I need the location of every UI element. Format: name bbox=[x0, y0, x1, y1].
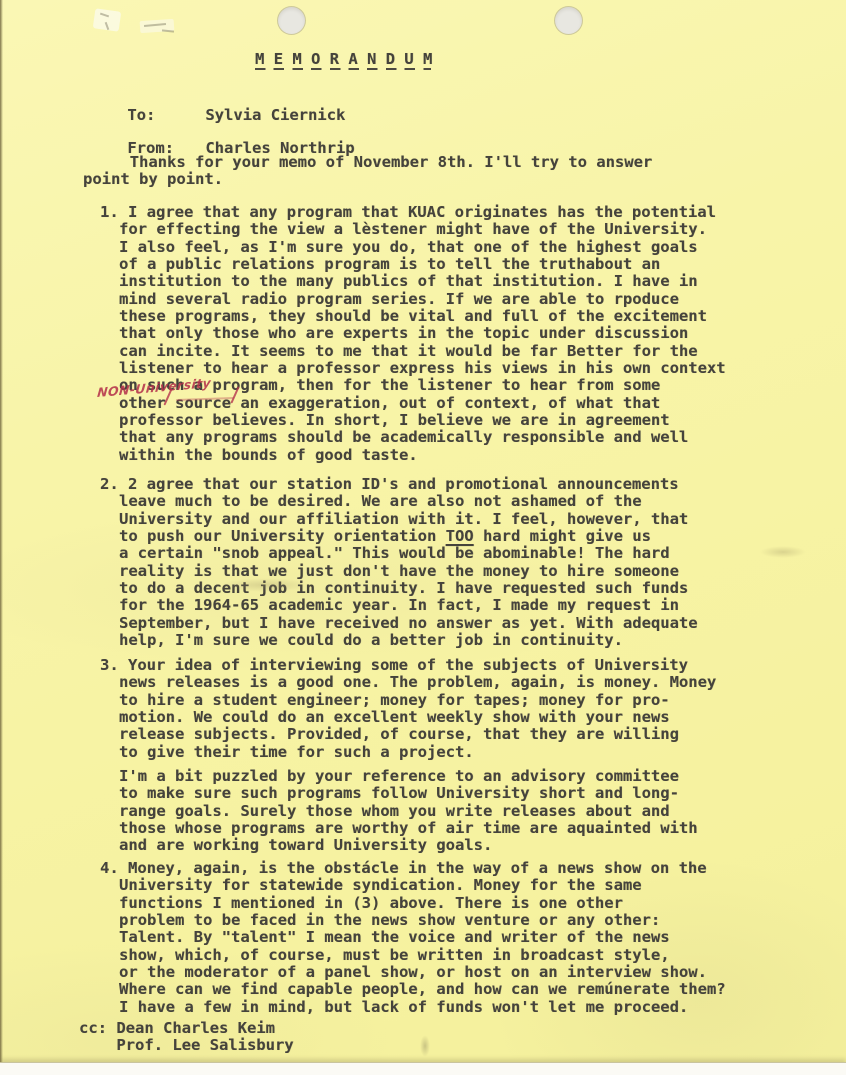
memo-line: release subjects. Provided, of course, t… bbox=[119, 726, 716, 743]
memo-line: cc: Dean Charles Keim bbox=[79, 1020, 294, 1037]
memo-line: reality is that we just don't have the m… bbox=[119, 563, 698, 580]
memo-line: these programs, they should be vital and… bbox=[119, 308, 726, 325]
memo-item-1: 1. I agree that any program that KUAC or… bbox=[119, 204, 726, 464]
memo-line: of a public relations program is to tell… bbox=[119, 256, 726, 273]
memo-title: M E M O R A N D U M bbox=[255, 50, 432, 70]
scanner-edge bbox=[0, 1062, 846, 1075]
memo-line: 1. I agree that any program that KUAC or… bbox=[100, 204, 726, 221]
memo-line: point by point. bbox=[83, 171, 652, 188]
line-segment: hard might give us bbox=[474, 527, 651, 545]
memo-line: University and our affiliation with it. … bbox=[119, 511, 698, 528]
memo-line: that only those who are experts in the t… bbox=[119, 325, 726, 342]
memo-line: Talent. By "talent" I mean the voice and… bbox=[119, 929, 726, 946]
memo-line: show, which, of course, must be written … bbox=[119, 947, 726, 964]
memo-page: M E M O R A N D U M To:Sylvia Ciernick F… bbox=[0, 0, 846, 1075]
memo-line: within the bounds of good taste. bbox=[119, 447, 726, 464]
memo-item-4: 4. Money, again, is the obstácle in the … bbox=[119, 860, 726, 1016]
memo-line: or the moderator of a panel show, or hos… bbox=[119, 964, 726, 981]
memo-line: to do a decent job in continuity. I have… bbox=[119, 580, 698, 597]
memo-line: leave much to be desired. We are also no… bbox=[119, 493, 698, 510]
paper-smudge bbox=[420, 1035, 430, 1057]
memo-line: those whose programs are worthy of air t… bbox=[119, 820, 698, 837]
paper-smudge bbox=[760, 546, 806, 558]
memo-line: I'm a bit puzzled by your reference to a… bbox=[119, 768, 698, 785]
memo-line: Where can we find capable people, and ho… bbox=[119, 981, 726, 998]
memo-line: to push our University orientation TOO h… bbox=[119, 528, 698, 545]
memo-line: 3. Your idea of interviewing some of the… bbox=[100, 657, 716, 674]
memo-line: help, I'm sure we could do a better job … bbox=[119, 632, 698, 649]
memo-line: to hire a student engineer; money for ta… bbox=[119, 692, 716, 709]
pencil-scribble bbox=[92, 8, 187, 40]
hole-punch-left bbox=[278, 7, 305, 34]
memo-line: Prof. Lee Salisbury bbox=[79, 1037, 294, 1054]
memo-item-3: 3. Your idea of interviewing some of the… bbox=[119, 657, 716, 761]
memo-line: problem to be faced in the news show ven… bbox=[119, 912, 726, 929]
memo-line: a certain "snob appeal." This would be a… bbox=[119, 545, 698, 562]
memo-line: that any programs should be academically… bbox=[119, 429, 726, 446]
memo-line: professor believes. In short, I believe … bbox=[119, 412, 726, 429]
cc-block: cc: Dean Charles Keim Prof. Lee Salisbur… bbox=[79, 1020, 294, 1055]
memo-line: functions I mentioned in (3) above. Ther… bbox=[119, 895, 726, 912]
memo-line: to give their time for such a project. bbox=[119, 744, 716, 761]
memo-item-3-continued: I'm a bit puzzled by your reference to a… bbox=[119, 768, 698, 855]
memo-line: for effecting the view a lèstener might … bbox=[119, 221, 726, 238]
memo-line: can incite. It seems to me that it would… bbox=[119, 343, 726, 360]
hole-punch-right bbox=[555, 7, 582, 34]
memo-line: I have a few in mind, but lack of funds … bbox=[119, 999, 726, 1016]
line-segment: to push our University orientation bbox=[119, 527, 446, 545]
memo-line: motion. We could do an excellent weekly … bbox=[119, 709, 716, 726]
memo-line: 2. 2 agree that our station ID's and pro… bbox=[100, 476, 698, 493]
memo-line: for the 1964-65 academic year. In fact, … bbox=[119, 597, 698, 614]
memo-line: I also feel, as I'm sure you do, that on… bbox=[119, 239, 726, 256]
memo-line: Thanks for your memo of November 8th. I'… bbox=[83, 154, 652, 171]
memo-line: September, but I have received no answer… bbox=[119, 615, 698, 632]
memo-line: news releases is a good one. The problem… bbox=[119, 674, 716, 691]
memo-line: mind several radio program series. If we… bbox=[119, 291, 726, 308]
memo-line: to make sure such programs follow Univer… bbox=[119, 785, 698, 802]
underlined-word: TOO bbox=[446, 527, 474, 545]
memo-item-2: 2. 2 agree that our station ID's and pro… bbox=[119, 476, 698, 649]
paper-left-edge bbox=[0, 0, 3, 1063]
memo-line: 4. Money, again, is the obstácle in the … bbox=[100, 860, 726, 877]
memo-line: institution to the many publics of that … bbox=[119, 273, 726, 290]
memo-line: and are working toward University goals. bbox=[119, 837, 698, 854]
memo-line: range goals. Surely those whom you write… bbox=[119, 803, 698, 820]
memo-line: University for statewide syndication. Mo… bbox=[119, 877, 726, 894]
intro-paragraph: Thanks for your memo of November 8th. I'… bbox=[83, 154, 652, 189]
